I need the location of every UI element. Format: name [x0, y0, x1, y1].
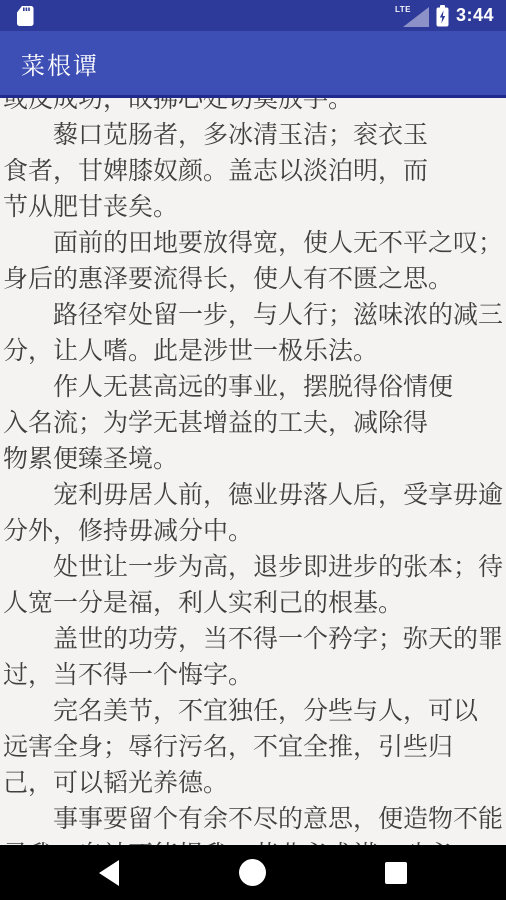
status-bar: LTE 3:44: [0, 0, 506, 31]
status-time: 3:44: [456, 5, 494, 26]
text-line: 物累便臻圣境。: [3, 441, 503, 477]
text-line: 藜口苋肠者，多冰清玉洁；衮衣玉: [3, 117, 503, 153]
back-button[interactable]: [89, 853, 129, 893]
recents-icon: [385, 862, 407, 884]
back-icon: [99, 860, 119, 886]
text-line: 忌我，鬼神不能损我。若业必求满，功必: [3, 837, 503, 845]
phone-screen: LTE 3:44 菜根谭 或反成功，故拂心处切莫放手。 藜口苋肠者，多冰清玉洁；…: [0, 0, 506, 900]
text-line: 身后的惠泽要流得长，使人有不匮之思。: [3, 261, 503, 297]
recents-button[interactable]: [376, 853, 416, 893]
text-line: 面前的田地要放得宽，使人无不平之叹；: [3, 225, 503, 261]
text-line: 完名美节，不宜独任，分些与人，可以: [3, 693, 503, 729]
text-line: 己，可以韬光养德。: [3, 765, 503, 801]
text-line: 宠利毋居人前，德业毋落人后，受享毋逾: [3, 477, 503, 513]
text-line: 节从肥甘丧矣。: [3, 189, 503, 225]
status-bar-right: LTE 3:44: [395, 4, 496, 28]
text-line: 食者，甘婢膝奴颜。盖志以淡泊明，而: [3, 153, 503, 189]
page-title: 菜根谭: [21, 46, 99, 81]
reader-content[interactable]: 或反成功，故拂心处切莫放手。 藜口苋肠者，多冰清玉洁；衮衣玉食者，甘婢膝奴颜。盖…: [0, 98, 506, 845]
home-icon: [239, 859, 266, 886]
text-line: 处世让一步为高，退步即进步的张本；待: [3, 549, 503, 585]
text-line: 分，让人嗜。此是涉世一极乐法。: [3, 333, 503, 369]
app-bar: 菜根谭: [0, 31, 506, 98]
home-button[interactable]: [232, 853, 272, 893]
text-line: 事事要留个有余不尽的意思，便造物不能: [3, 801, 503, 837]
status-bar-left: [10, 5, 35, 27]
text-line: 人宽一分是福，利人实利己的根基。: [3, 585, 503, 621]
navigation-bar: [0, 845, 506, 900]
text-line: 远害全身；辱行污名，不宜全推，引些归: [3, 729, 503, 765]
text-block: 或反成功，故拂心处切莫放手。 藜口苋肠者，多冰清玉洁；衮衣玉食者，甘婢膝奴颜。盖…: [3, 98, 503, 845]
text-line: 或反成功，故拂心处切莫放手。: [3, 98, 503, 117]
text-line: 入名流；为学无甚增益的工夫，减除得: [3, 405, 503, 441]
text-line: 路径窄处留一步，与人行；滋味浓的减三: [3, 297, 503, 333]
sd-card-icon: [16, 5, 35, 27]
battery-charging-icon: [435, 4, 450, 28]
lte-signal-icon: LTE: [395, 4, 429, 28]
signal-triangle-icon: [403, 7, 429, 27]
text-line: 分外，修持毋减分中。: [3, 513, 503, 549]
text-line: 作人无甚高远的事业，摆脱得俗情便: [3, 369, 503, 405]
text-line: 过，当不得一个悔字。: [3, 657, 503, 693]
text-line: 盖世的功劳，当不得一个矜字；弥天的罪: [3, 621, 503, 657]
